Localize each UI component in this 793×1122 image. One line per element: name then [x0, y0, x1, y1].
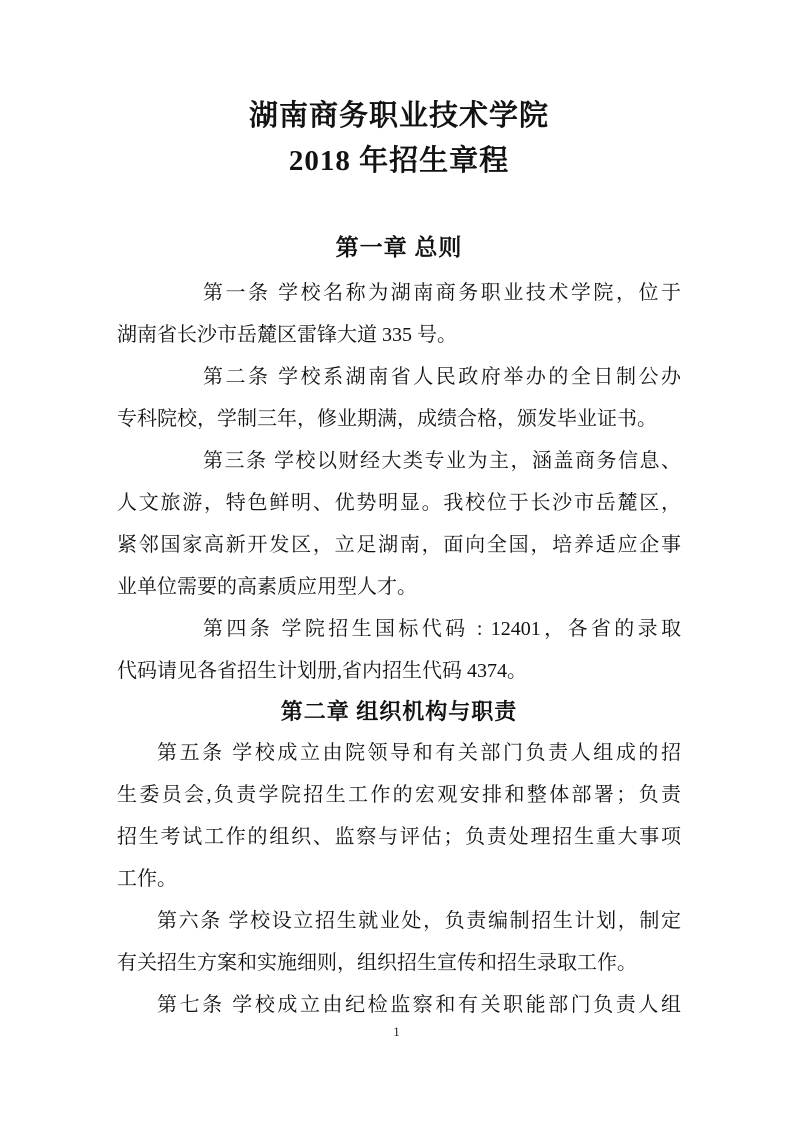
paragraph-article-1: 第一条 学校名称为湖南商务职业技术学院，位于 湖南省长沙市岳麓区雷锋大道 335…	[117, 272, 681, 356]
page-number: 1	[0, 1024, 793, 1040]
paragraph-article-6: 第六条 学校设立招生就业处，负责编制招生计划，制定 有关招生方案和实施细则，组织…	[117, 900, 681, 984]
chapter-2-heading: 第二章 组织机构与职责	[117, 692, 681, 732]
doc-title-line2: 2018 年招生章程	[117, 139, 681, 184]
paragraph-line: 工作。	[117, 858, 681, 900]
paragraph-line: 有关招生方案和实施细则，组织招生宣传和招生录取工作。	[117, 942, 681, 984]
document-title: 湖南商务职业技术学院 2018 年招生章程	[117, 94, 681, 184]
page-content: 湖南商务职业技术学院 2018 年招生章程 第一章 总则 第一条 学校名称为湖南…	[0, 0, 793, 1026]
paragraph-line: 第一条 学校名称为湖南商务职业技术学院，位于	[117, 272, 681, 314]
paragraph-line: 招生考试工作的组织、监察与评估；负责处理招生重大事项	[117, 816, 681, 858]
paragraph-line: 生委员会,负责学院招生工作的宏观安排和整体部署；负责	[117, 774, 681, 816]
paragraph-line: 湖南省长沙市岳麓区雷锋大道 335 号。	[117, 314, 681, 356]
paragraph-line: 第七条 学校成立由纪检监察和有关职能部门负责人组	[117, 984, 681, 1026]
paragraph-line: 人文旅游，特色鲜明、优势明显。我校位于长沙市岳麓区，	[117, 482, 681, 524]
doc-title-line1: 湖南商务职业技术学院	[117, 94, 681, 139]
paragraph-line: 第五条 学校成立由院领导和有关部门负责人组成的招	[117, 732, 681, 774]
chapter-1-heading: 第一章 总则	[117, 232, 681, 264]
document-body: 第一条 学校名称为湖南商务职业技术学院，位于 湖南省长沙市岳麓区雷锋大道 335…	[117, 272, 681, 1026]
paragraph-line: 第二条 学校系湖南省人民政府举办的全日制公办	[117, 356, 681, 398]
paragraph-article-2: 第二条 学校系湖南省人民政府举办的全日制公办 专科院校，学制三年，修业期满，成绩…	[117, 356, 681, 440]
paragraph-line: 业单位需要的高素质应用型人才。	[117, 566, 681, 608]
paragraph-line: 紧邻国家高新开发区，立足湖南，面向全国，培养适应企事	[117, 524, 681, 566]
paragraph-article-5: 第五条 学校成立由院领导和有关部门负责人组成的招 生委员会,负责学院招生工作的宏…	[117, 732, 681, 900]
paragraph-article-3: 第三条 学校以财经大类专业为主，涵盖商务信息、 人文旅游，特色鲜明、优势明显。我…	[117, 440, 681, 608]
paragraph-article-4: 第四条 学院招生国标代码 : 12401，各省的录取 代码请见各省招生计划册,省…	[117, 608, 681, 692]
paragraph-article-7: 第七条 学校成立由纪检监察和有关职能部门负责人组	[117, 984, 681, 1026]
paragraph-line: 代码请见各省招生计划册,省内招生代码 4374。	[117, 650, 681, 692]
paragraph-line: 专科院校，学制三年，修业期满，成绩合格，颁发毕业证书。	[117, 398, 681, 440]
paragraph-line: 第三条 学校以财经大类专业为主，涵盖商务信息、	[117, 440, 681, 482]
paragraph-line: 第四条 学院招生国标代码 : 12401，各省的录取	[117, 608, 681, 650]
document-page: 湖南商务职业技术学院 2018 年招生章程 第一章 总则 第一条 学校名称为湖南…	[0, 0, 793, 1122]
paragraph-line: 第六条 学校设立招生就业处，负责编制招生计划，制定	[117, 900, 681, 942]
